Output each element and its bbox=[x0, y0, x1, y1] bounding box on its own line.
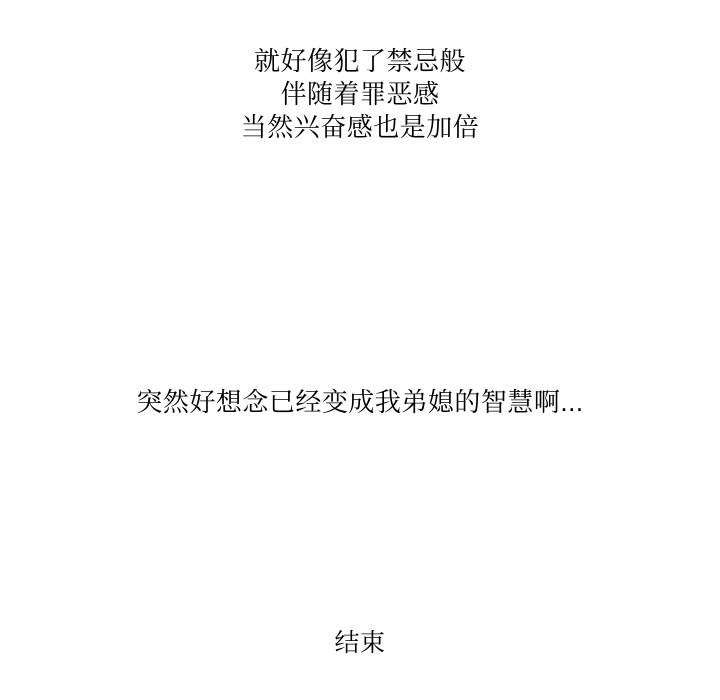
middle-caption: 突然好想念已经变成我弟媳的智慧啊... bbox=[0, 386, 720, 419]
caption-line-2: 伴随着罪恶感 bbox=[0, 78, 720, 111]
end-label: 结束 bbox=[0, 627, 720, 660]
caption-line-3: 当然兴奋感也是加倍 bbox=[0, 111, 720, 144]
top-caption-block: 就好像犯了禁忌般 伴随着罪恶感 当然兴奋感也是加倍 bbox=[0, 45, 720, 144]
comic-page: 就好像犯了禁忌般 伴随着罪恶感 当然兴奋感也是加倍 突然好想念已经变成我弟媳的智… bbox=[0, 0, 720, 700]
caption-line-1: 就好像犯了禁忌般 bbox=[0, 45, 720, 78]
